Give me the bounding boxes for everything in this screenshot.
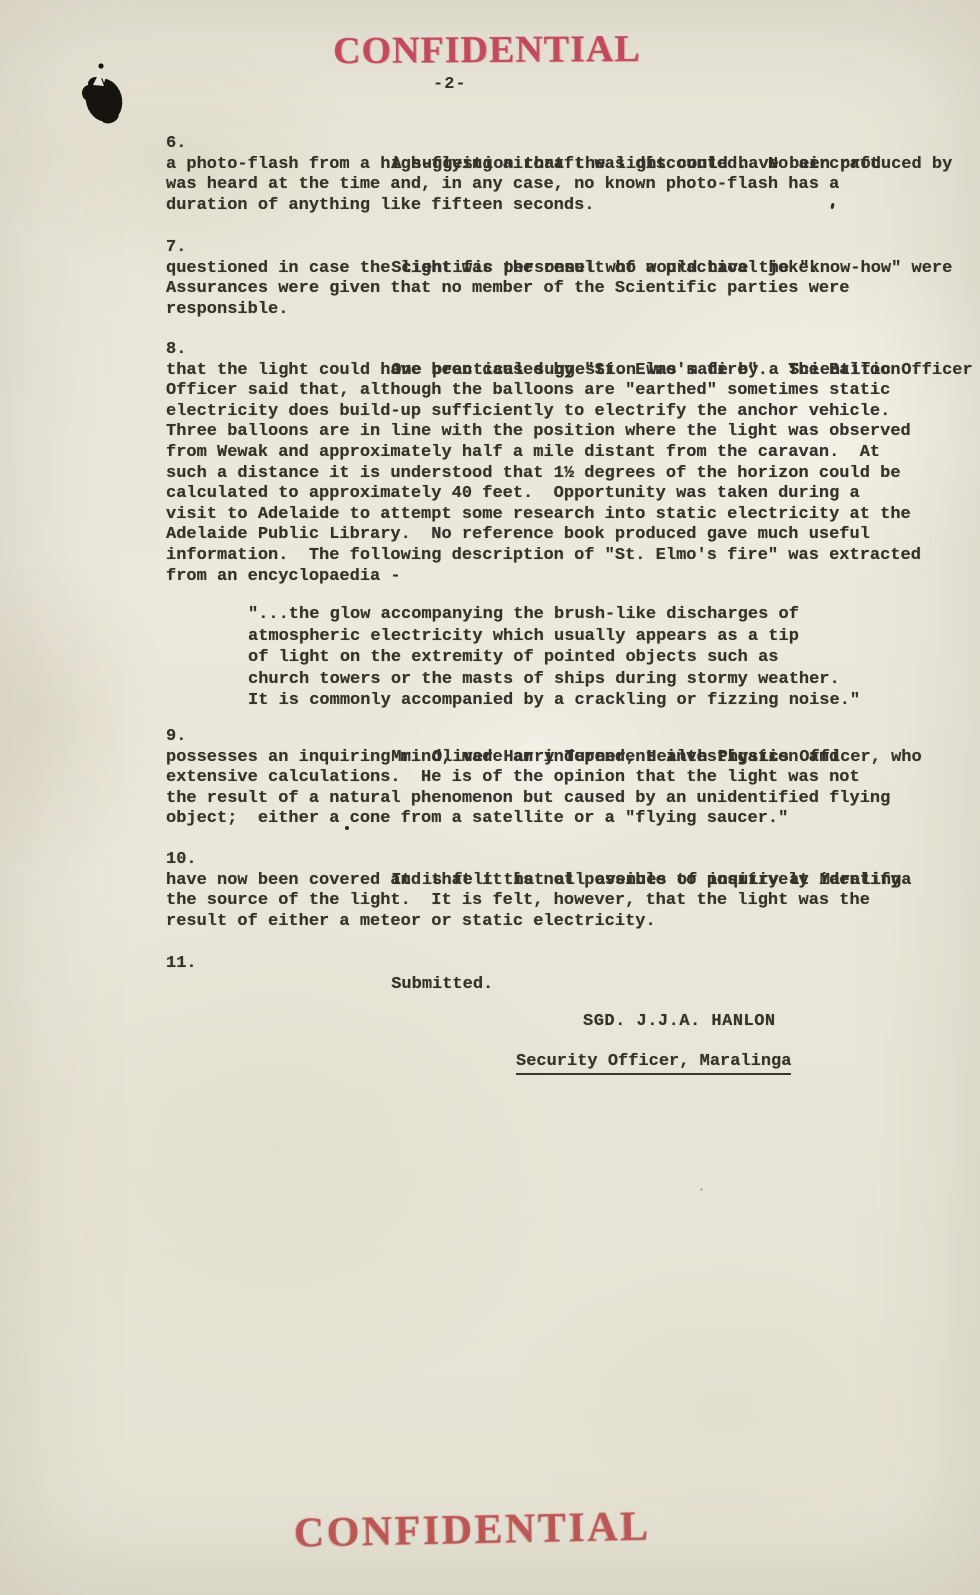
quote-line: "...the glow accompanying the brush-like… [248,604,888,626]
paragraph-line: duration of anything like fifteen second… [166,196,966,217]
quote-line: of light on the extremity of pointed obj… [248,647,888,669]
paragraph-line: that the light could have been caused by… [166,361,966,382]
paragraph-line: have now been covered and that it is not… [166,871,966,892]
ink-blot [68,55,138,135]
paragraph-line: calculated to approximately 40 feet. Opp… [166,484,966,505]
paragraph-line: 9.Mr. Oliver Harry Turner, Health Physic… [166,727,966,748]
paragraph-text: Submitted. [391,975,493,994]
paragraph-line: the source of the light. It is felt, how… [166,891,966,912]
document-page: CONFIDENTIAL -2- 6.A suggestion that the… [0,0,980,1595]
ink-speck [700,1188,703,1191]
paragraph-line: extensive calculations. He is of the opi… [166,768,966,789]
paragraph-number: 10. [166,850,197,871]
paragraph-line: such a distance it is understood that 1½… [166,464,966,485]
signature-name: SGD. J.J.A. HANLON [583,1012,776,1031]
paragraph-number: 7. [166,238,186,259]
paragraph-number: 6. [166,134,186,155]
paragraph-line: a photo-flash from a high-flying aircraf… [166,155,966,176]
paragraph-line: visit to Adelaide to attempt some resear… [166,505,966,526]
paragraph-10: 10.It is felt that all avenues of inquir… [166,850,966,932]
paragraph-line: Three balloons are in line with the posi… [166,422,966,443]
paragraph-11: 11.Submitted. [166,954,966,975]
quote-line: church towers or the masts of ships duri… [248,669,888,691]
paragraph-line: Assurances were given that no member of … [166,279,966,300]
paragraph-line: object; either a cone from a satellite o… [166,809,966,830]
paragraph-line: was heard at the time and, in any case, … [166,175,966,196]
signature-title: Security Officer, Maralinga [516,1052,791,1075]
paragraph-line: Adelaide Public Library. No reference bo… [166,525,966,546]
quote-line: It is commonly accompanied by a cracklin… [248,690,888,712]
paragraph-6: 6.A suggestion that the light could have… [166,134,966,216]
paragraph-line: 6.A suggestion that the light could have… [166,134,966,155]
paragraph-line: result of either a meteor or static elec… [166,912,966,933]
confidential-stamp-bottom: CONFIDENTIAL [294,1503,652,1558]
paragraph-line: from Wewak and approximately half a mile… [166,443,966,464]
encyclopaedia-quote: "...the glow accompanying the brush-like… [248,604,888,712]
paragraph-line: electricity does build-up sufficiently t… [166,402,966,423]
paragraph-line: 7.Scientific personnel who would have th… [166,238,966,259]
paragraph-line: responsible. [166,300,966,321]
confidential-stamp-top: CONFIDENTIAL [333,27,641,73]
paragraph-number: 11. [166,954,197,975]
page-number: -2- [433,75,467,94]
paragraph-line: information. The following description o… [166,546,966,567]
paragraph-7: 7.Scientific personnel who would have th… [166,238,966,320]
paragraph-line: 10.It is felt that all avenues of inquir… [166,850,966,871]
quote-line: atmospheric electricity which usually ap… [248,626,888,648]
paragraph-number: 8. [166,340,186,361]
paragraph-line: Officer said that, although the balloons… [166,381,966,402]
paragraph-9: 9.Mr. Oliver Harry Turner, Health Physic… [166,727,966,830]
paragraph-line: from an encyclopaedia - [166,567,966,588]
paragraph-line: the result of a natural phenomenon but c… [166,789,966,810]
paragraph-line: 11.Submitted. [166,954,966,975]
paragraph-number: 9. [166,727,186,748]
paragraph-line: 8.One practical suggestion was made by a… [166,340,966,361]
paragraph-8: 8.One practical suggestion was made by a… [166,340,966,587]
